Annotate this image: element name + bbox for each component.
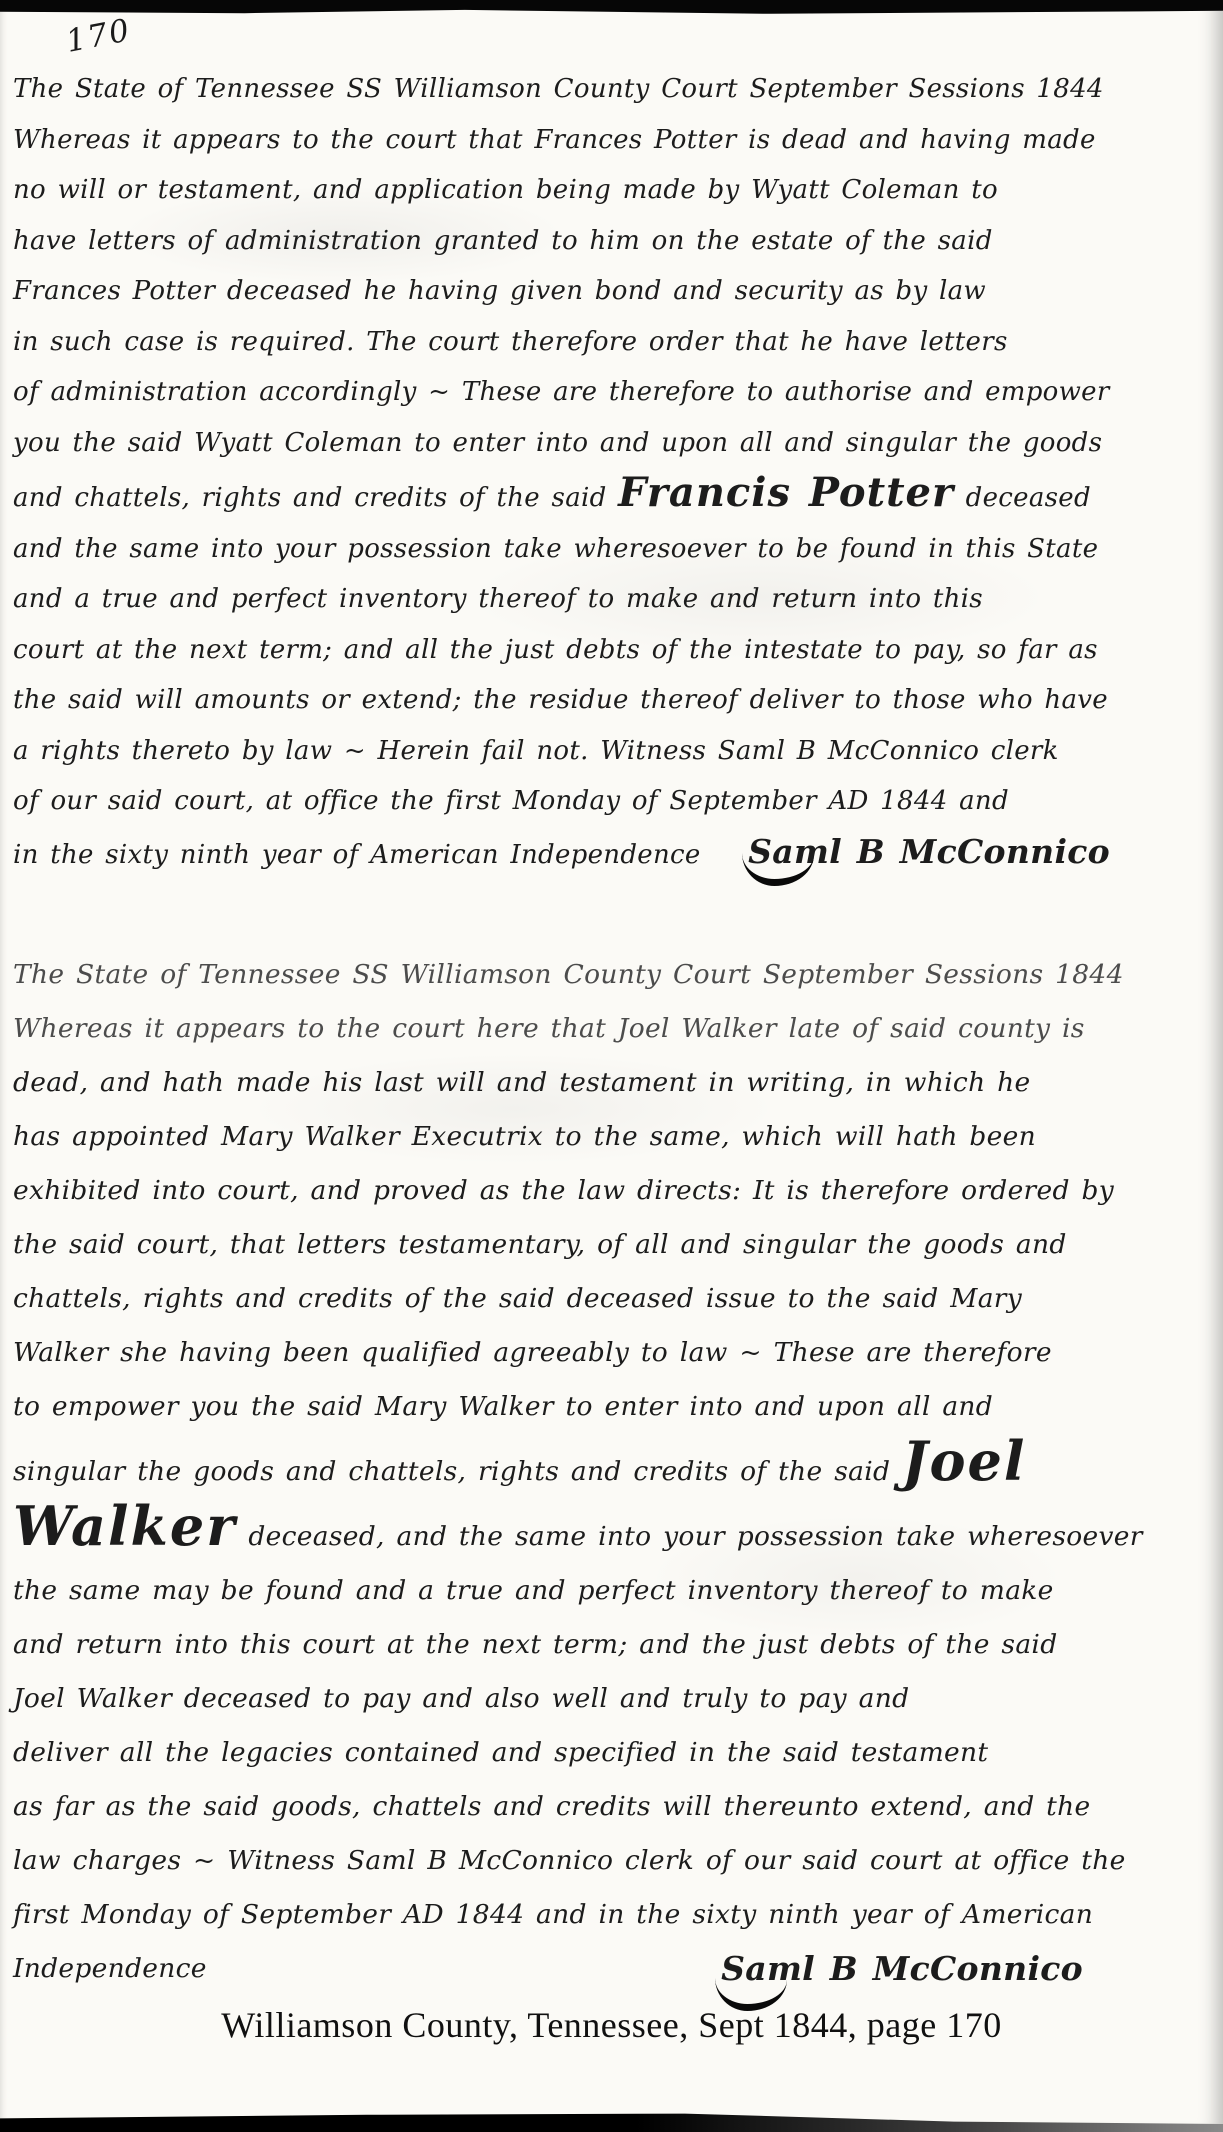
handwritten-line: Walker she having been qualified agreeab… — [13, 1326, 1211, 1380]
handwritten-line: no will or testament, and application be… — [13, 165, 1211, 216]
handwritten-line: of our said court, at office the first M… — [13, 776, 1211, 827]
handwritten-line: in such case is required. The court ther… — [13, 317, 1211, 368]
decedent-name-large: Joel — [902, 1429, 1026, 1493]
handwritten-line: to empower you the said Mary Walker to e… — [13, 1380, 1211, 1434]
handwritten-line: as far as the said goods, chattels and c… — [13, 1780, 1211, 1834]
line-text: deceased — [966, 483, 1091, 513]
handwritten-line: have letters of administration granted t… — [13, 216, 1211, 267]
handwritten-line: Whereas it appears to the court here tha… — [13, 1002, 1211, 1056]
handwritten-line: and chattels, rights and credits of the … — [13, 468, 1211, 524]
handwritten-line: court at the next term; and all the just… — [13, 625, 1211, 676]
record-entry-joel-walker: The State of Tennessee SS Williamson Cou… — [13, 948, 1211, 1996]
line-text: and chattels, rights and credits of the … — [13, 483, 607, 513]
handwritten-line: The State of Tennessee SS Williamson Cou… — [13, 948, 1211, 1002]
handwritten-line: a rights thereto by law ~ Herein fail no… — [13, 726, 1211, 777]
handwritten-line: chattels, rights and credits of the said… — [13, 1272, 1211, 1326]
handwritten-line: the said will amounts or extend; the res… — [13, 675, 1211, 726]
handwritten-line: in the sixty ninth year of American Inde… — [13, 827, 1211, 881]
handwritten-line: the said court, that letters testamentar… — [13, 1218, 1211, 1272]
handwritten-line: deliver all the legacies contained and s… — [13, 1726, 1211, 1780]
page-number: 170 — [63, 12, 134, 60]
handwritten-line: The State of Tennessee SS Williamson Cou… — [13, 64, 1211, 115]
handwritten-line: first Monday of September AD 1844 and in… — [13, 1888, 1211, 1942]
line-text: deceased, and the same into your possess… — [248, 1521, 1142, 1552]
clerk-signature: Saml B McConnico — [740, 832, 1128, 871]
line-text: in the sixty ninth year of American Inde… — [13, 840, 701, 870]
handwritten-line: and a true and perfect inventory thereof… — [13, 574, 1211, 625]
handwritten-line: Walker deceased, and the same into your … — [13, 1499, 1211, 1564]
caption: Williamson County, Tennessee, Sept 1844,… — [0, 2004, 1223, 2046]
decedent-name-large: Walker — [13, 1494, 237, 1558]
handwritten-line: you the said Wyatt Coleman to enter into… — [13, 418, 1211, 469]
handwritten-line: singular the goods and chattels, rights … — [13, 1434, 1211, 1499]
handwritten-line: Independence Saml B McConnico — [13, 1942, 1211, 1996]
handwritten-line: Joel Walker deceased to pay and also wel… — [13, 1672, 1211, 1726]
line-text: Independence — [13, 1942, 207, 1996]
handwritten-line: of administration accordingly ~ These ar… — [13, 367, 1211, 418]
handwritten-line: the same may be found and a true and per… — [13, 1564, 1211, 1618]
record-entry-frances-potter: The State of Tennessee SS Williamson Cou… — [13, 64, 1211, 880]
handwritten-line: and the same into your possession take w… — [13, 524, 1211, 575]
handwritten-line: law charges ~ Witness Saml B McConnico c… — [13, 1834, 1211, 1888]
handwritten-line: dead, and hath made his last will and te… — [13, 1056, 1211, 1110]
handwritten-line: Frances Potter deceased he having given … — [13, 266, 1211, 317]
handwritten-line: Whereas it appears to the court that Fra… — [13, 115, 1211, 166]
scan-edge-bottom — [0, 2112, 1223, 2132]
decedent-name-large: Francis Potter — [618, 469, 954, 516]
line-text: singular the goods and chattels, rights … — [13, 1456, 890, 1487]
handwritten-line: and return into this court at the next t… — [13, 1618, 1211, 1672]
clerk-signature: Saml B McConnico — [713, 1942, 1101, 1996]
handwritten-line: has appointed Mary Walker Executrix to t… — [13, 1110, 1211, 1164]
scan-edge-top — [0, 0, 1223, 15]
handwritten-line: exhibited into court, and proved as the … — [13, 1164, 1211, 1218]
